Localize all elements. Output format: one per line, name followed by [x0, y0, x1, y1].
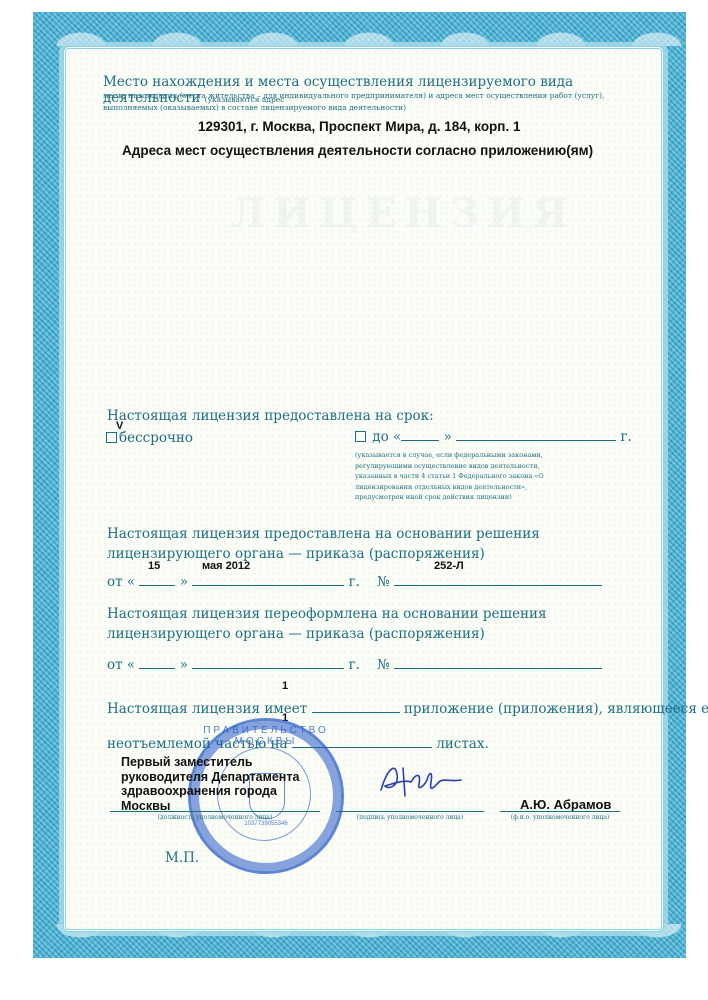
annex-count-line	[312, 700, 400, 713]
number-prefix: №	[377, 657, 390, 673]
reverse-show-through: ЛИЦЕНЗИЯ	[230, 190, 510, 230]
annex-line-1: Настоящая лицензия имеет приложение (при…	[107, 700, 708, 717]
annex-text-after: приложение (приложения), являющееся её	[404, 701, 708, 717]
check-mark-icon: V	[116, 420, 123, 432]
term-until-note: (указывается в случае, если федеральными…	[355, 450, 565, 503]
number-line	[394, 656, 602, 669]
month-line	[192, 656, 344, 669]
checkbox-icon[interactable]	[106, 432, 117, 443]
seal-place-label: М.П.	[165, 850, 199, 866]
day-line	[139, 573, 175, 586]
reissue-label: Настоящая лицензия переоформлена на осно…	[107, 604, 627, 644]
until-mid: »	[444, 429, 452, 445]
until-suffix: г.	[620, 429, 631, 445]
signature-line	[336, 811, 484, 812]
location-subnote: места нахождения (места жительства – для…	[103, 90, 623, 114]
number-line	[394, 573, 602, 586]
reissue-date-row: от « » г. №	[107, 656, 602, 673]
year-suffix: г.	[349, 574, 360, 590]
term-label: Настоящая лицензия предоставлена на срок…	[107, 408, 434, 424]
handwritten-signature	[377, 760, 467, 800]
basis-date-row: от « » г. №	[107, 573, 602, 590]
term-permanent-label: бессрочно	[119, 430, 193, 446]
until-prefix: до «	[372, 429, 401, 445]
basis-number: 252-Л	[434, 560, 464, 572]
signature-caption: (подпись уполномоченного лица)	[336, 814, 484, 821]
number-prefix: №	[377, 574, 390, 590]
basis-label: Настоящая лицензия предоставлена на осно…	[107, 524, 627, 564]
basis-month-year: мая 2012	[202, 560, 250, 572]
address-secondary: Адреса мест осуществления деятельности с…	[122, 143, 593, 158]
year-suffix: г.	[349, 657, 360, 673]
signatory-position: Первый заместитель руководителя Департам…	[121, 755, 321, 813]
from-prefix: от «	[107, 657, 135, 673]
quote-close: »	[180, 657, 188, 673]
annex-count: 1	[282, 680, 288, 692]
term-permanent-option[interactable]: бессрочно	[106, 430, 193, 446]
until-day-line	[401, 428, 439, 441]
signatory-name: А.Ю. Абрамов	[520, 797, 611, 812]
stamp-code: 1037739055346	[191, 821, 341, 827]
address-primary: 129301, г. Москва, Проспект Мира, д. 184…	[198, 119, 520, 134]
position-caption: (должность уполномоченного лица)	[110, 814, 320, 821]
annex-line2-after: листах.	[436, 736, 489, 752]
day-line	[139, 656, 175, 669]
basis-day: 15	[148, 560, 160, 572]
stamp-ring-text: ПРАВИТЕЛЬСТВО МОСКВЫ	[191, 725, 341, 747]
month-line	[192, 573, 344, 586]
from-prefix: от «	[107, 574, 135, 590]
checkbox-icon[interactable]	[355, 431, 366, 442]
term-until-option[interactable]: до « » г.	[355, 428, 632, 445]
name-caption: (ф.и.о. уполномоченного лица)	[500, 814, 620, 821]
quote-close: »	[180, 574, 188, 590]
annex-text-before: Настоящая лицензия имеет	[107, 701, 307, 717]
name-line	[500, 811, 620, 812]
until-date-line	[456, 428, 616, 441]
position-line	[110, 811, 320, 812]
